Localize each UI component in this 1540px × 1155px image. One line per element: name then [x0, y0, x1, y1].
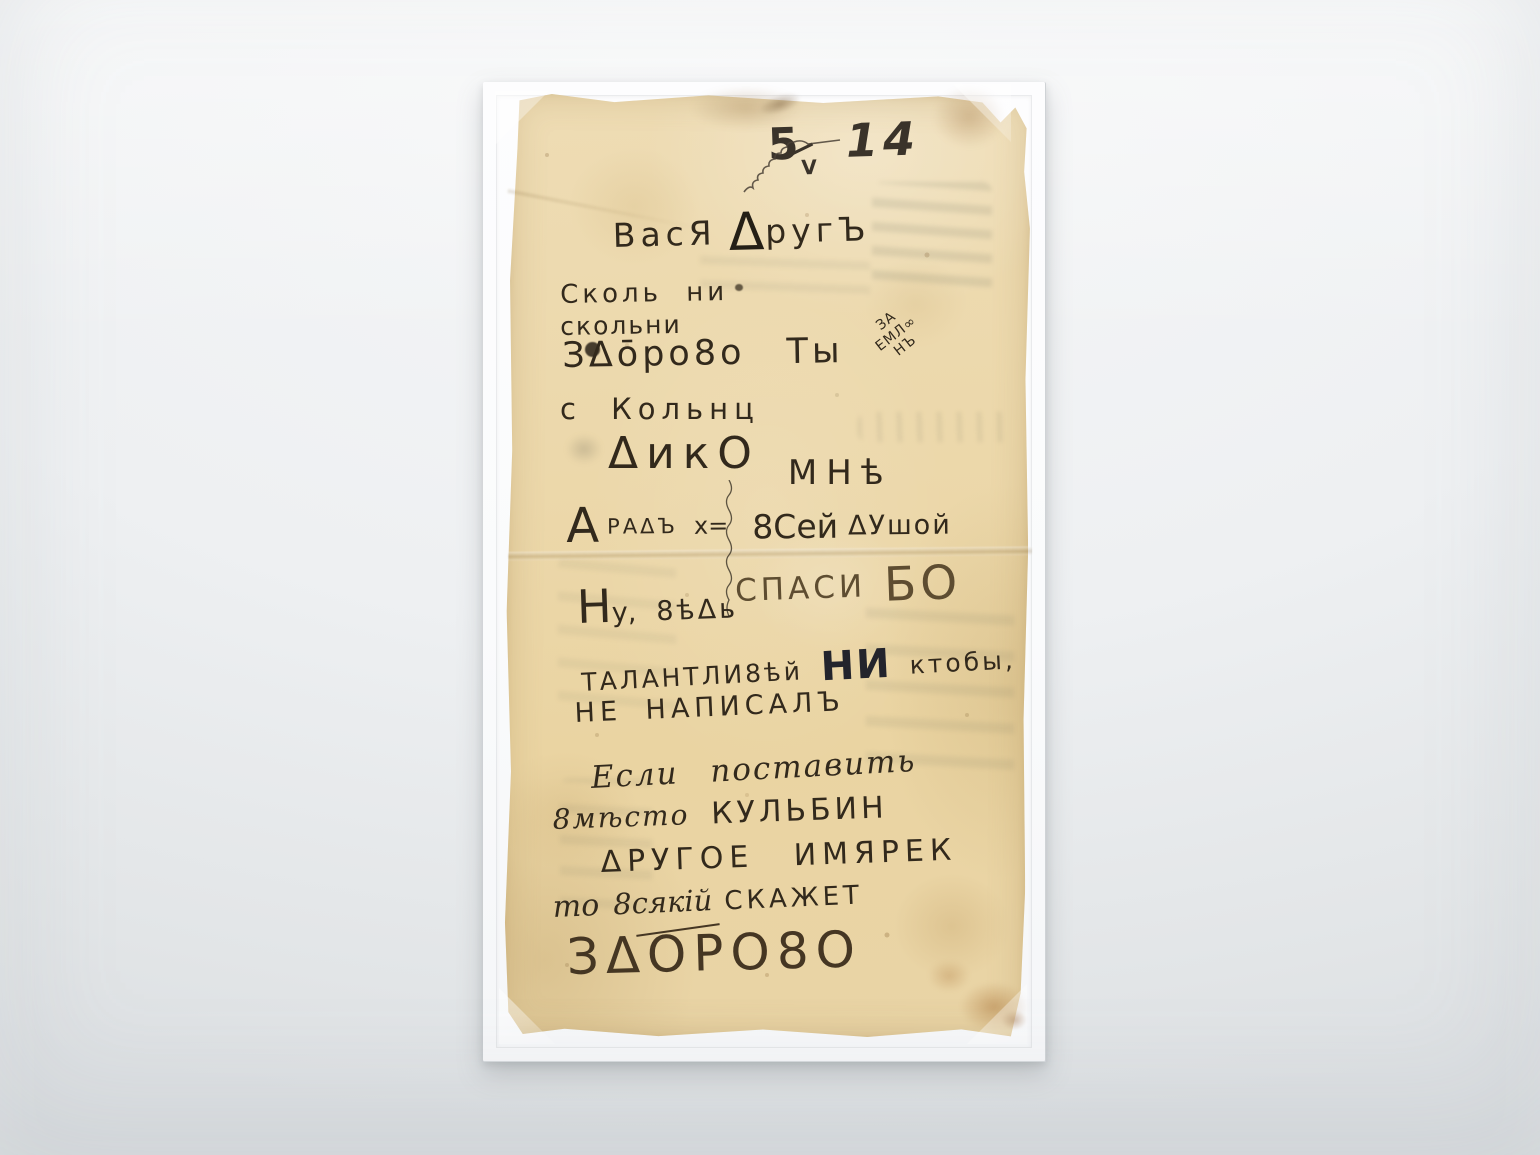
manuscript-segment: х=	[694, 512, 729, 540]
manuscript-segment: у,	[611, 597, 637, 629]
manuscript-line-zdorovo-final: ЗΔОРО8О	[566, 920, 863, 986]
manuscript-segment: МНѣ	[788, 453, 893, 493]
manuscript-segment: 8сякій	[612, 883, 713, 921]
manuscript-segment: ΔикО	[608, 428, 760, 479]
manuscript-segment: 8ѣΔь	[656, 593, 739, 627]
date-year: 14	[845, 111, 921, 168]
manuscript-segment: СПАСИ	[735, 568, 867, 609]
manuscript-segment: ΔУшой	[848, 510, 952, 542]
manuscript-line-skol3: с Кольнц	[560, 392, 760, 426]
manuscript-line-zdorovo-ty: ЗΔōро8о Ты	[562, 331, 844, 376]
manuscript-segment: КУЛЬБИН	[711, 790, 888, 831]
manuscript-segment: то	[552, 888, 600, 925]
manuscript-line-nu-ved: Ну,8ѣΔь	[576, 574, 739, 634]
manuscript-line-diko: ΔикОМНѣ	[608, 428, 893, 479]
manuscript-line-a-rad: АРАΔЪх=8СейΔУшой	[566, 495, 952, 554]
manuscript-segment: РАΔЪ	[607, 514, 678, 539]
date-inscription: 5V14	[767, 111, 921, 180]
manuscript-segment: 8мѣсто	[552, 798, 690, 836]
manuscript-line-greeting: ВасЯΔругЪ	[612, 199, 871, 266]
manuscript-segment: 8Сей	[752, 507, 838, 547]
manuscript-segment: НИ	[820, 641, 893, 691]
manuscript-segment: А	[566, 498, 599, 554]
photograph-of-manuscript: 5V14 ВасЯΔругЪСколь нискольниЗΔōро8о ТыЗ…	[0, 0, 1540, 1155]
manuscript-segment: СКАЖЕТ	[724, 880, 864, 916]
manuscript-segment: ВасЯ	[612, 213, 717, 255]
manuscript-segment: Н	[576, 579, 612, 634]
date-day: 5	[767, 119, 799, 171]
date-month: V	[801, 155, 817, 180]
manuscript-segment: ругЪ	[765, 209, 871, 251]
manuscript-line-spasibo: СПАСИБО	[734, 550, 962, 613]
manuscript-segment: ктобы,	[909, 645, 1016, 680]
manuscript-segment: Δ	[728, 202, 765, 263]
manuscript-line-skol1: Сколь ни	[560, 277, 728, 310]
manuscript-segment: БО	[883, 555, 962, 613]
